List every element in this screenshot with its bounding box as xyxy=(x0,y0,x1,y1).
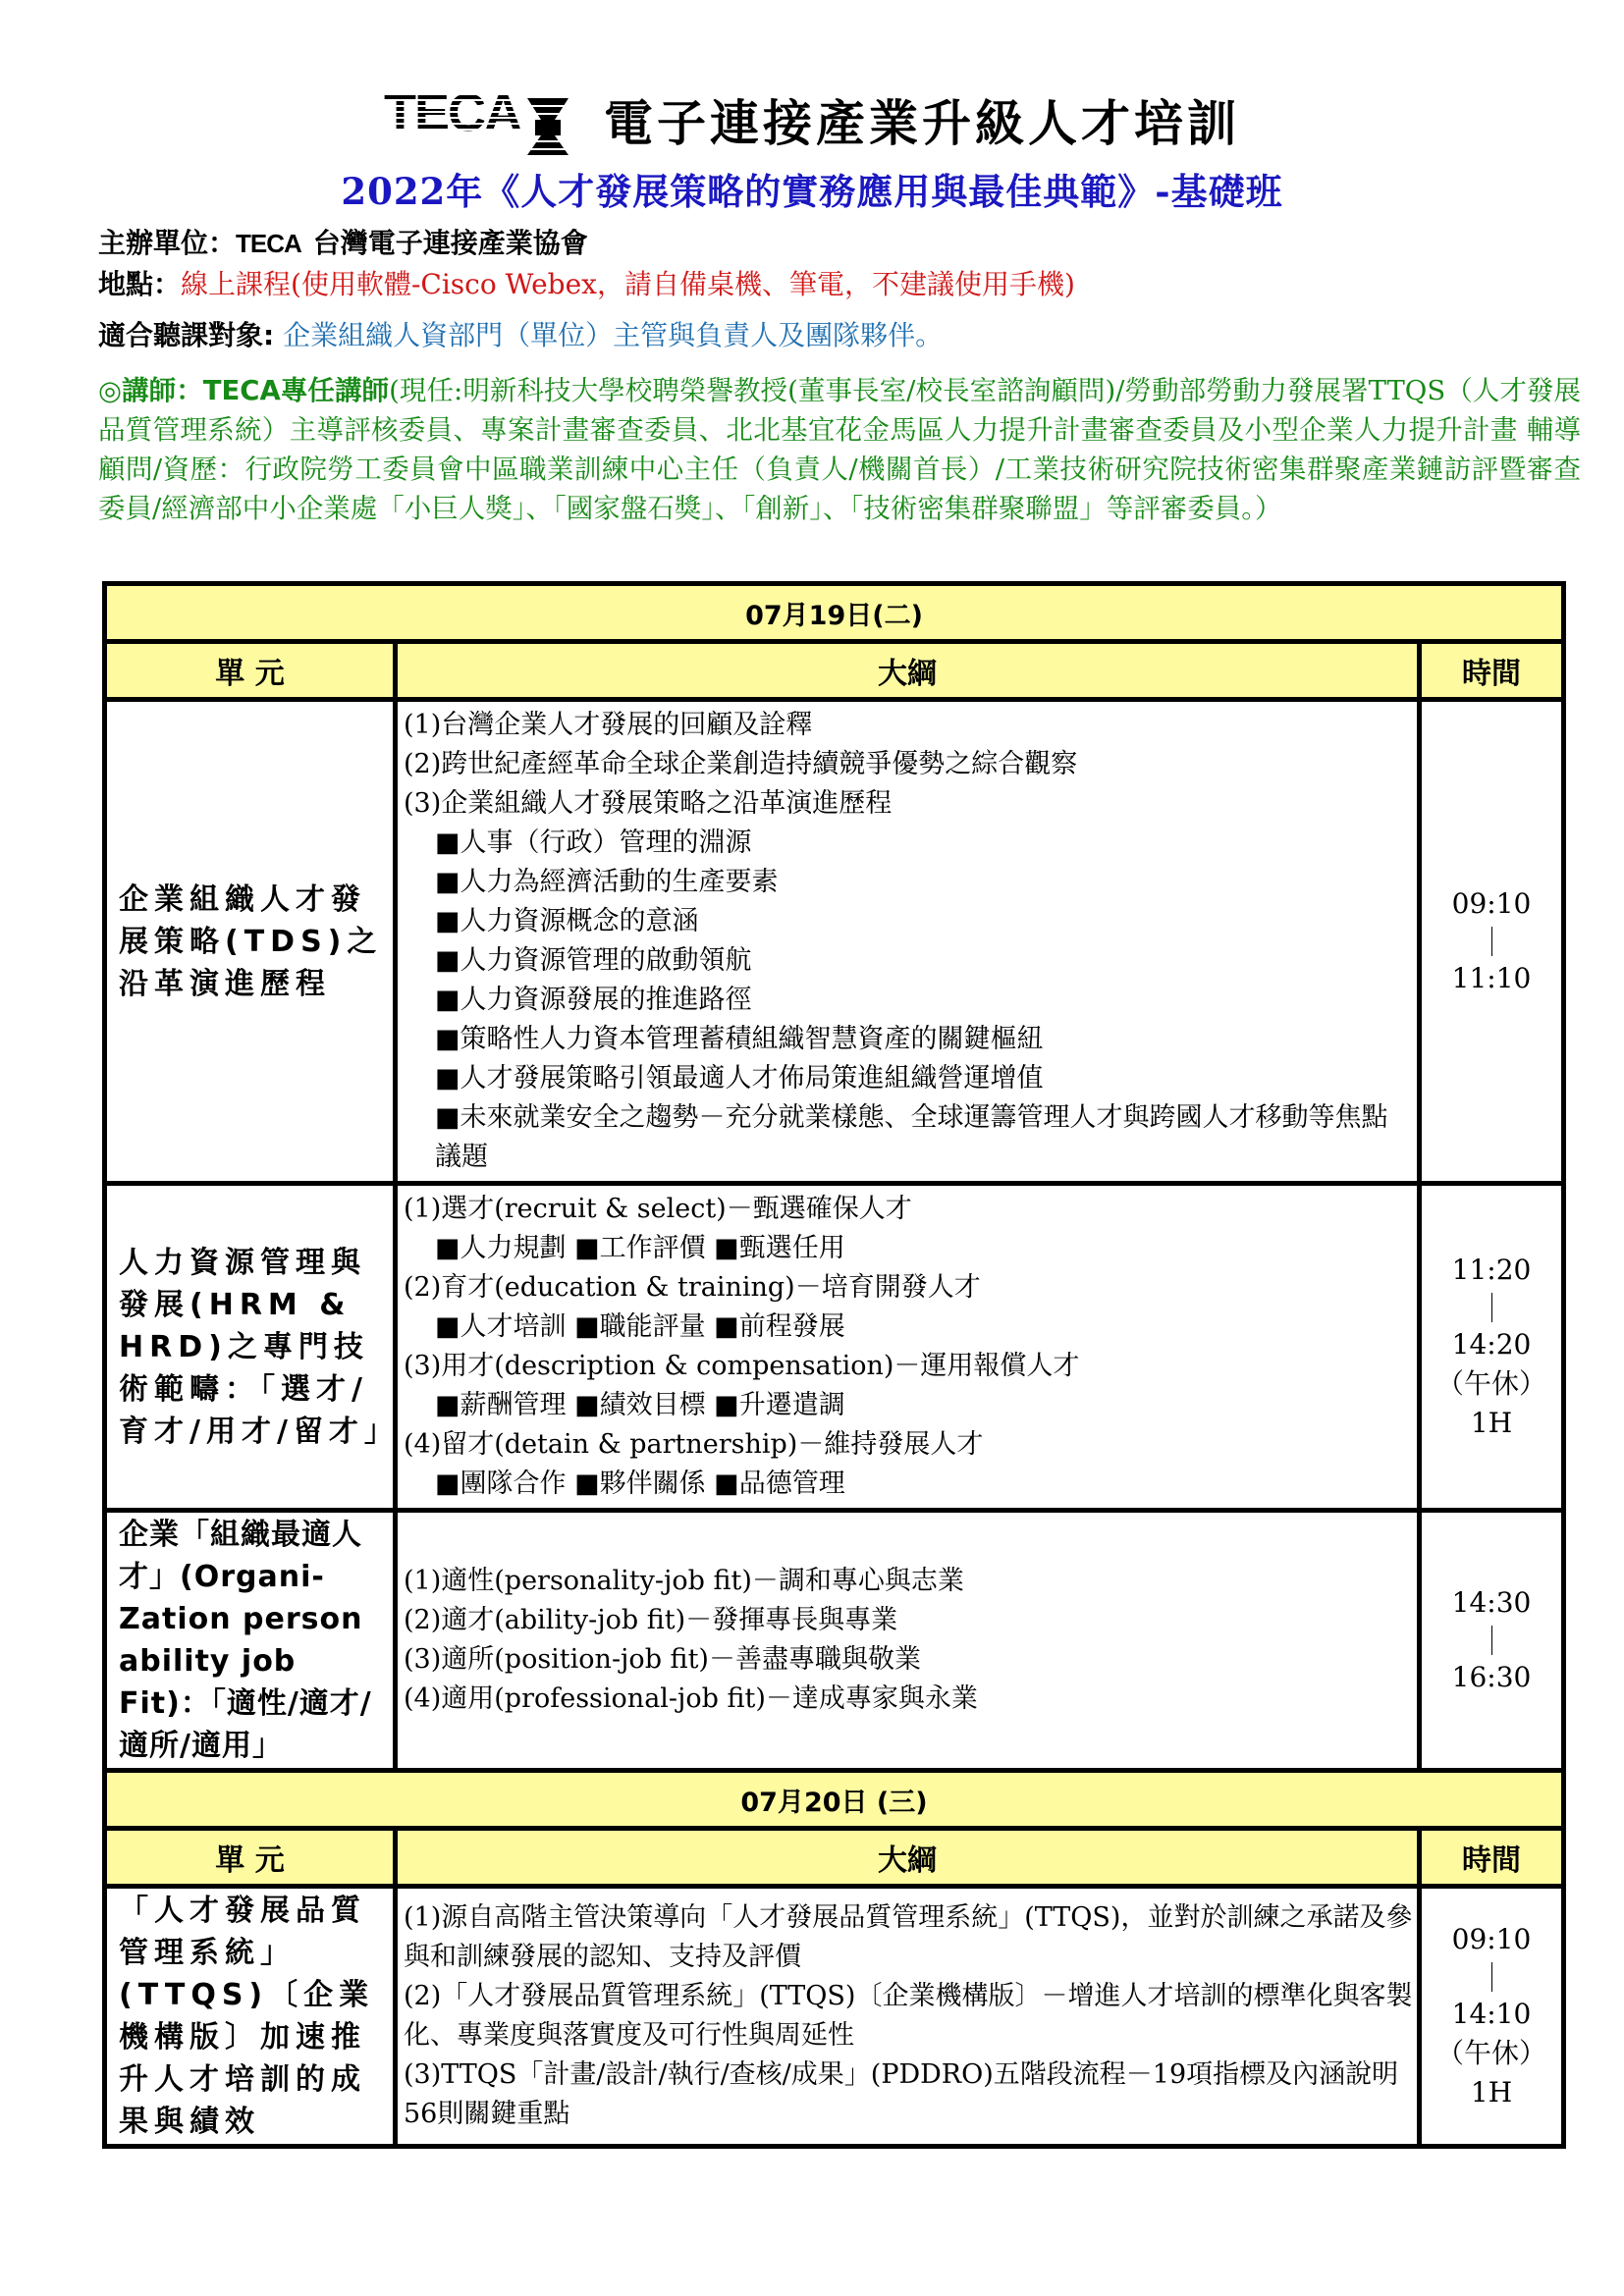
time-separator xyxy=(1491,927,1492,956)
outline-item: (3)企業組織人才發展策略之沿革演進歷程 xyxy=(404,784,1413,824)
time-start: 11:20 xyxy=(1422,1251,1561,1290)
time-separator xyxy=(1491,1293,1492,1322)
session-row: 「人才發展品質管理系統」(TTQS)〔企業機構版〕加速推升人才培訓的成果與績效 … xyxy=(105,1887,1564,2147)
session-time: 09:10 14:10 （午休） 1H xyxy=(1420,1887,1564,2147)
outline-item: (4)留才(detain & partnership)－維持發展人才 xyxy=(404,1425,1413,1465)
outline-bullet: ■人力規劃 ■工作評價 ■甄選任用 xyxy=(404,1229,1413,1268)
session-outline: (1)適性(personality-job fit)－調和專心與志業 (2)適才… xyxy=(396,1511,1420,1771)
location-line: 地點：線上課程(使用軟體-Cisco Webex，請自備桌機、筆電，不建議使用手… xyxy=(98,265,1075,304)
column-header-unit: 單 元 xyxy=(105,1829,396,1887)
audience-line: 適合聽課對象: 企業組織人資部門（單位）主管與負責人及團隊夥伴。 xyxy=(98,316,943,355)
audience-label: 適合聽課對象: xyxy=(98,319,274,351)
session-time: 14:30 16:30 xyxy=(1420,1511,1564,1771)
time-note-duration: 1H xyxy=(1422,2073,1561,2112)
organizer-label: 主辦單位： xyxy=(98,227,236,259)
document-header: TECA 電子連接產業升級人才培訓 xyxy=(0,80,1624,159)
page-title: 電子連接產業升級人才培訓 xyxy=(604,84,1240,155)
column-header-row: 單 元 大綱 時間 xyxy=(105,1829,1564,1887)
organizer-logo: TECA xyxy=(236,229,301,258)
session-unit: 企業組織人才發展策略(TDS)之沿革演進歷程 xyxy=(105,700,396,1184)
session-row: 企業組織人才發展策略(TDS)之沿革演進歷程 (1)台灣企業人才發展的回顧及詮釋… xyxy=(105,700,1564,1184)
outline-item: (2)「人才發展品質管理系統」(TTQS)〔企業機構版〕－增進人才培訓的標準化與… xyxy=(404,1977,1413,2056)
time-separator xyxy=(1491,1962,1492,1992)
session-time: 11:20 14:20 （午休） 1H xyxy=(1420,1184,1564,1511)
outline-item: (3)用才(description & compensation)－運用報償人才 xyxy=(404,1347,1413,1386)
organizer-line: 主辦單位：TECA台灣電子連接產業協會 xyxy=(98,224,588,263)
outline-item: (2)適才(ability-job fit)－發揮專長與專業 xyxy=(404,1601,1413,1640)
instructor-info: ◎講師：TECA專任講師(現任:明新科技大學校聘榮譽教授(董事長室/校長室諮詢顧… xyxy=(98,371,1581,528)
session-row: 企業「組織最適人才」(Organi-Zation person ability … xyxy=(105,1511,1564,1771)
time-start: 09:10 xyxy=(1422,1920,1561,1959)
outline-bullet: ■人力資源管理的啟動領航 xyxy=(404,941,1413,981)
outline-item: (4)適用(professional-job fit)－達成專家與永業 xyxy=(404,1680,1413,1719)
location-label: 地點： xyxy=(98,268,181,300)
outline-bullet: ■人力為經濟活動的生產要素 xyxy=(404,863,1413,902)
outline-bullet: ■策略性人力資本管理蓄積組織智慧資產的關鍵樞紐 xyxy=(404,1020,1413,1059)
time-end: 11:10 xyxy=(1422,959,1561,998)
session-unit: 企業「組織最適人才」(Organi-Zation person ability … xyxy=(105,1511,396,1771)
outline-bullet: ■人才培訓 ■職能評量 ■前程發展 xyxy=(404,1308,1413,1347)
time-end: 14:20 xyxy=(1422,1325,1561,1364)
course-subtitle: 2022年《人才發展策略的實務應用與最佳典範》-基礎班 xyxy=(0,162,1624,215)
instructor-label: ◎講師：TECA專任講師 xyxy=(98,375,389,406)
session-unit: 人力資源管理與發展(HRM & HRD)之專門技術範疇：「選才/育才/用才/留才… xyxy=(105,1184,396,1511)
column-header-unit: 單 元 xyxy=(105,642,396,700)
time-end: 14:10 xyxy=(1422,1995,1561,2034)
column-header-row: 單 元 大綱 時間 xyxy=(105,642,1564,700)
location-value: 線上課程(使用軟體-Cisco Webex，請自備桌機、筆電，不建議使用手機) xyxy=(181,268,1075,300)
day-header-row: 07月20日 (三) xyxy=(105,1771,1564,1829)
outline-item: (1)台灣企業人才發展的回顧及詮釋 xyxy=(404,706,1413,745)
time-start: 09:10 xyxy=(1422,884,1561,924)
outline-bullet: ■人才發展策略引領最適人才佈局策進組織營運增值 xyxy=(404,1059,1413,1098)
time-end: 16:30 xyxy=(1422,1658,1561,1697)
connector-logo-icon xyxy=(525,96,570,157)
outline-item: (2)跨世紀產經革命全球企業創造持續競爭優勢之綜合觀察 xyxy=(404,745,1413,784)
outline-item: (3)TTQS「計畫/設計/執行/查核/成果」(PDDRO)五階段流程－19項指… xyxy=(404,2056,1413,2134)
column-header-time: 時間 xyxy=(1420,1829,1564,1887)
time-note: （午休） xyxy=(1422,1364,1561,1404)
session-outline: (1)台灣企業人才發展的回顧及詮釋 (2)跨世紀產經革命全球企業創造持續競爭優勢… xyxy=(396,700,1420,1184)
column-header-outline: 大綱 xyxy=(396,642,1420,700)
outline-bullet: ■未來就業安全之趨勢－充分就業樣態、全球運籌管理人才與跨國人才移動等焦點議題 xyxy=(404,1098,1413,1177)
outline-item: (1)源自高階主管決策導向「人才發展品質管理系統」(TTQS)，並對於訓練之承諾… xyxy=(404,1898,1413,1977)
day-date: 07月19日(二) xyxy=(105,584,1564,642)
outline-bullet: ■薪酬管理 ■績效目標 ■升遷遣調 xyxy=(404,1386,1413,1425)
time-note: （午休） xyxy=(1422,2034,1561,2073)
outline-bullet: ■人力資源概念的意涵 xyxy=(404,902,1413,941)
outline-bullet: ■人事（行政）管理的淵源 xyxy=(404,824,1413,863)
day-header-row: 07月19日(二) xyxy=(105,584,1564,642)
column-header-time: 時間 xyxy=(1420,642,1564,700)
audience-value: 企業組織人資部門（單位）主管與負責人及團隊夥伴。 xyxy=(283,319,943,351)
session-row: 人力資源管理與發展(HRM & HRD)之專門技術範疇：「選才/育才/用才/留才… xyxy=(105,1184,1564,1511)
outline-bullet: ■人力資源發展的推進路徑 xyxy=(404,981,1413,1020)
time-start: 14:30 xyxy=(1422,1583,1561,1623)
organizer-name: 台灣電子連接產業協會 xyxy=(313,227,588,259)
session-outline: (1)源自高階主管決策導向「人才發展品質管理系統」(TTQS)，並對於訓練之承諾… xyxy=(396,1887,1420,2147)
outline-item: (1)適性(personality-job fit)－調和專心與志業 xyxy=(404,1562,1413,1601)
session-unit: 「人才發展品質管理系統」(TTQS)〔企業機構版〕加速推升人才培訓的成果與績效 xyxy=(105,1887,396,2147)
time-separator xyxy=(1491,1626,1492,1655)
session-time: 09:10 11:10 xyxy=(1420,700,1564,1184)
outline-bullet: ■團隊合作 ■夥伴關係 ■品德管理 xyxy=(404,1465,1413,1504)
outline-item: (2)育才(education & training)－培育開發人才 xyxy=(404,1268,1413,1308)
column-header-outline: 大綱 xyxy=(396,1829,1420,1887)
session-outline: (1)選才(recruit & select)－甄選確保人才 ■人力規劃 ■工作… xyxy=(396,1184,1420,1511)
time-note-duration: 1H xyxy=(1422,1404,1561,1443)
day-date: 07月20日 (三) xyxy=(105,1771,1564,1829)
outline-item: (3)適所(position-job fit)－善盡專職與敬業 xyxy=(404,1640,1413,1680)
schedule-table: 07月19日(二) 單 元 大綱 時間 企業組織人才發展策略(TDS)之沿革演進… xyxy=(102,581,1566,2149)
outline-item: (1)選才(recruit & select)－甄選確保人才 xyxy=(404,1190,1413,1229)
teca-logo: TECA xyxy=(384,82,570,157)
